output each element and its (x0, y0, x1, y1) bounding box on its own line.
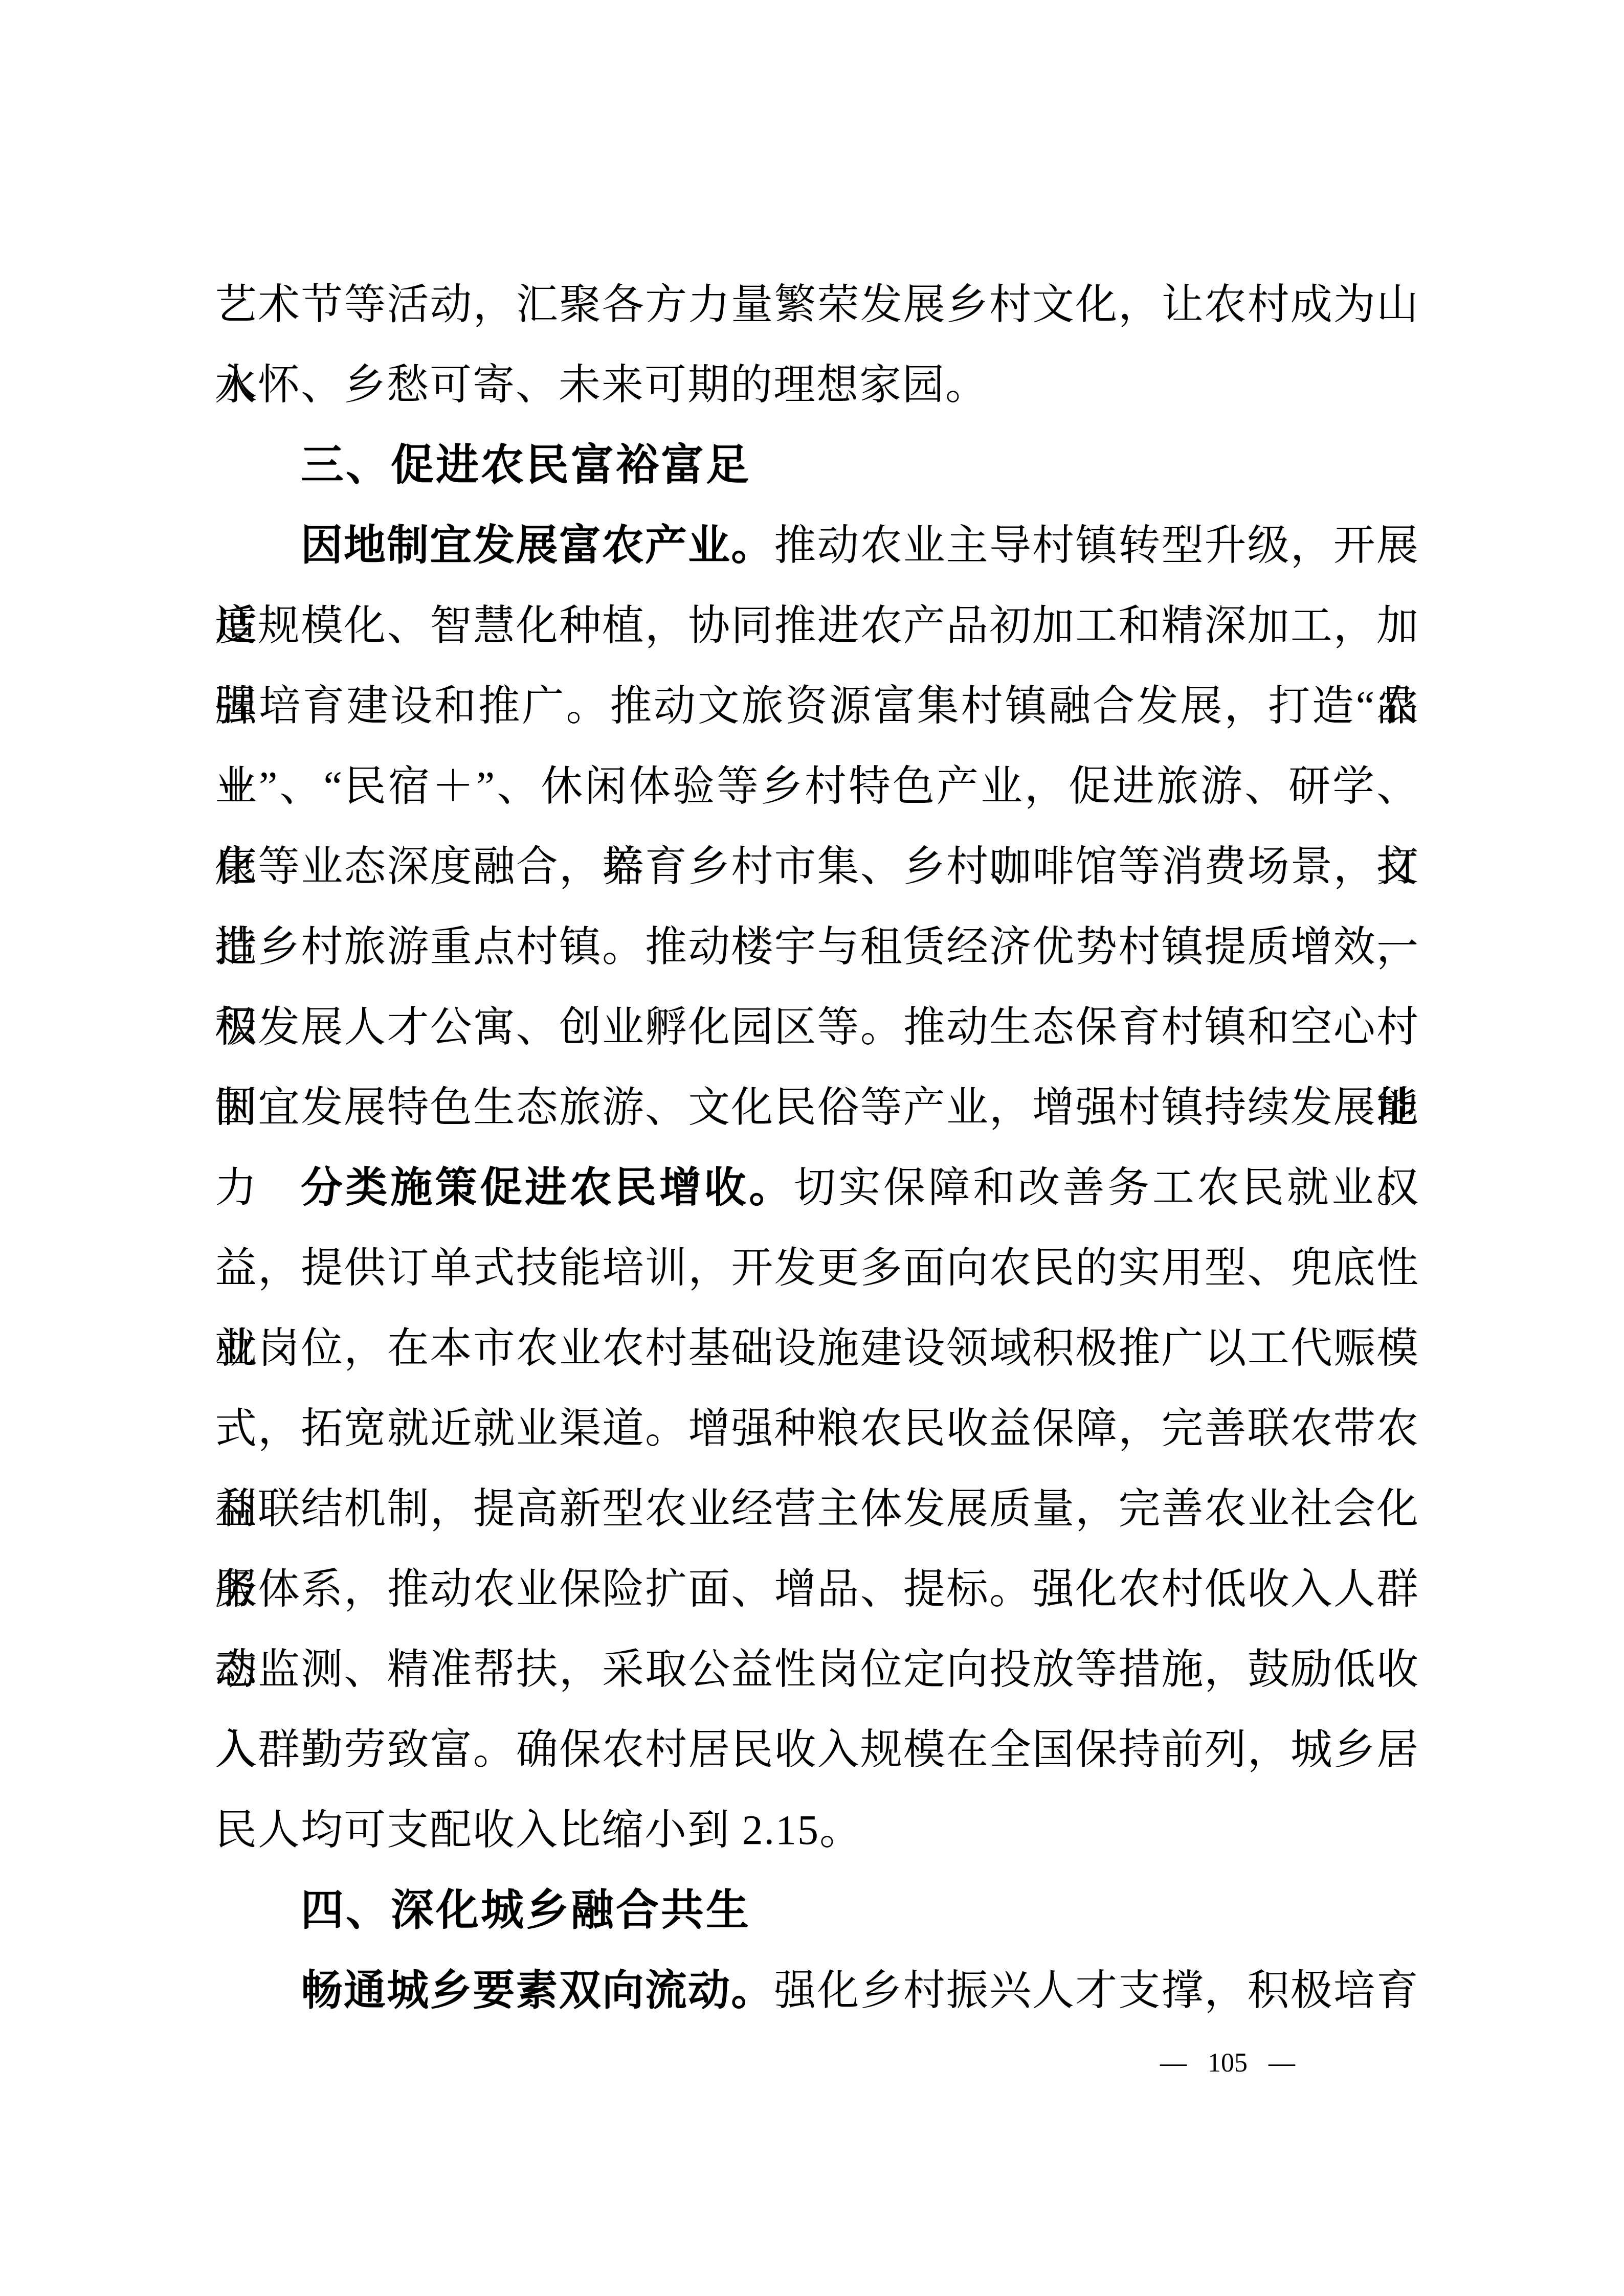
text-line: 分类施策促进农民增收。切实保障和改善务工农民就业权 (215, 1147, 1419, 1228)
text-line: 畅通城乡要素双向流动。强化乡村振兴人才支撑，积极培育 (215, 1950, 1419, 2031)
body-text: 业岗位，在本市农业农村基础设施建设领域积极推广以工代赈模 (215, 1325, 1419, 1371)
document-lines: 艺术节等活动，汇聚各方力量繁荣发展乡村文化，让农村成为山水入怀、乡愁可寄、未来可… (215, 264, 1419, 2031)
text-line: 态监测、精准帮扶，采取公益性岗位定向投放等措施，鼓励低收入 (215, 1629, 1419, 1709)
text-line: 式，拓宽就近就业渠道。增强种粮农民收益保障，完善联农带农利 (215, 1388, 1419, 1469)
text-line: 务体系，推动农业保险扩面、增品、提标。强化农村低收入人群动 (215, 1549, 1419, 1629)
text-line: ＋”、“民宿＋”、休闲体验等乡村特色产业，促进旅游、研学、康养、文 (215, 746, 1419, 826)
document-page: 艺术节等活动，汇聚各方力量繁荣发展乡村文化，让农村成为山水入怀、乡愁可寄、未来可… (0, 0, 1624, 2296)
text-line: 艺术节等活动，汇聚各方力量繁荣发展乡村文化，让农村成为山水 (215, 264, 1419, 345)
text-line: 制宜发展特色生态旅游、文化民俗等产业，增强村镇持续发展能力。 (215, 1067, 1419, 1147)
bold-lead-text: 因地制宜发展富农产业。 (301, 522, 774, 569)
body-text: 民人均可支配收入比缩小到 2.15。 (215, 1807, 862, 1853)
text-line: 牌培育建设和推广。推动文旅资源富集村镇融合发展，打造“农业 (215, 666, 1419, 746)
text-line: 益联结机制，提高新型农业经营主体发展质量，完善农业社会化服 (215, 1469, 1419, 1549)
bold-lead-text: 四、深化城乡融合共生 (301, 1886, 751, 1934)
bold-lead-text: 畅通城乡要素双向流动。 (301, 1967, 774, 2014)
body-text: 人群勤劳致富。确保农村居民收入规模在全国保持前列，城乡居 (215, 1726, 1419, 1773)
text-line: 极发展人才公寓、创业孵化园区等。推动生态保育村镇和空心村因地 (215, 987, 1419, 1067)
text-line: 益，提供订单式技能培训，开发更多面向农民的实用型、兜底性就 (215, 1228, 1419, 1308)
text-line: 入怀、乡愁可寄、未来可期的理想家园。 (215, 345, 1419, 425)
text-line: 化等业态深度融合，培育乡村市集、乡村咖啡馆等消费场景，打造一 (215, 826, 1419, 907)
text-line: 业岗位，在本市农业农村基础设施建设领域积极推广以工代赈模 (215, 1308, 1419, 1388)
body-text: 切实保障和改善务工农民就业权 (794, 1164, 1419, 1211)
bold-lead-text: 分类施策促进农民增收。 (301, 1164, 794, 1211)
section-heading: 三、促进农民富裕富足 (215, 425, 1419, 505)
text-line: 因地制宜发展富农产业。推动农业主导村镇转型升级，开展适 (215, 505, 1419, 586)
page-number: — 105 — (1146, 2040, 1309, 2086)
text-line: 民人均可支配收入比缩小到 2.15。 (215, 1790, 1419, 1870)
text-line: 批乡村旅游重点村镇。推动楼宇与租赁经济优势村镇提质增效，积 (215, 907, 1419, 987)
text-line: 人群勤劳致富。确保农村居民收入规模在全国保持前列，城乡居 (215, 1709, 1419, 1790)
section-heading: 四、深化城乡融合共生 (215, 1870, 1419, 1950)
body-text: 入怀、乡愁可寄、未来可期的理想家园。 (215, 362, 988, 408)
bold-lead-text: 三、促进农民富裕富足 (301, 441, 751, 489)
body-text: 强化乡村振兴人才支撑，积极培育 (774, 1967, 1419, 2014)
text-line: 度规模化、智慧化种植，协同推进农产品初加工和精深加工，加强品 (215, 586, 1419, 666)
